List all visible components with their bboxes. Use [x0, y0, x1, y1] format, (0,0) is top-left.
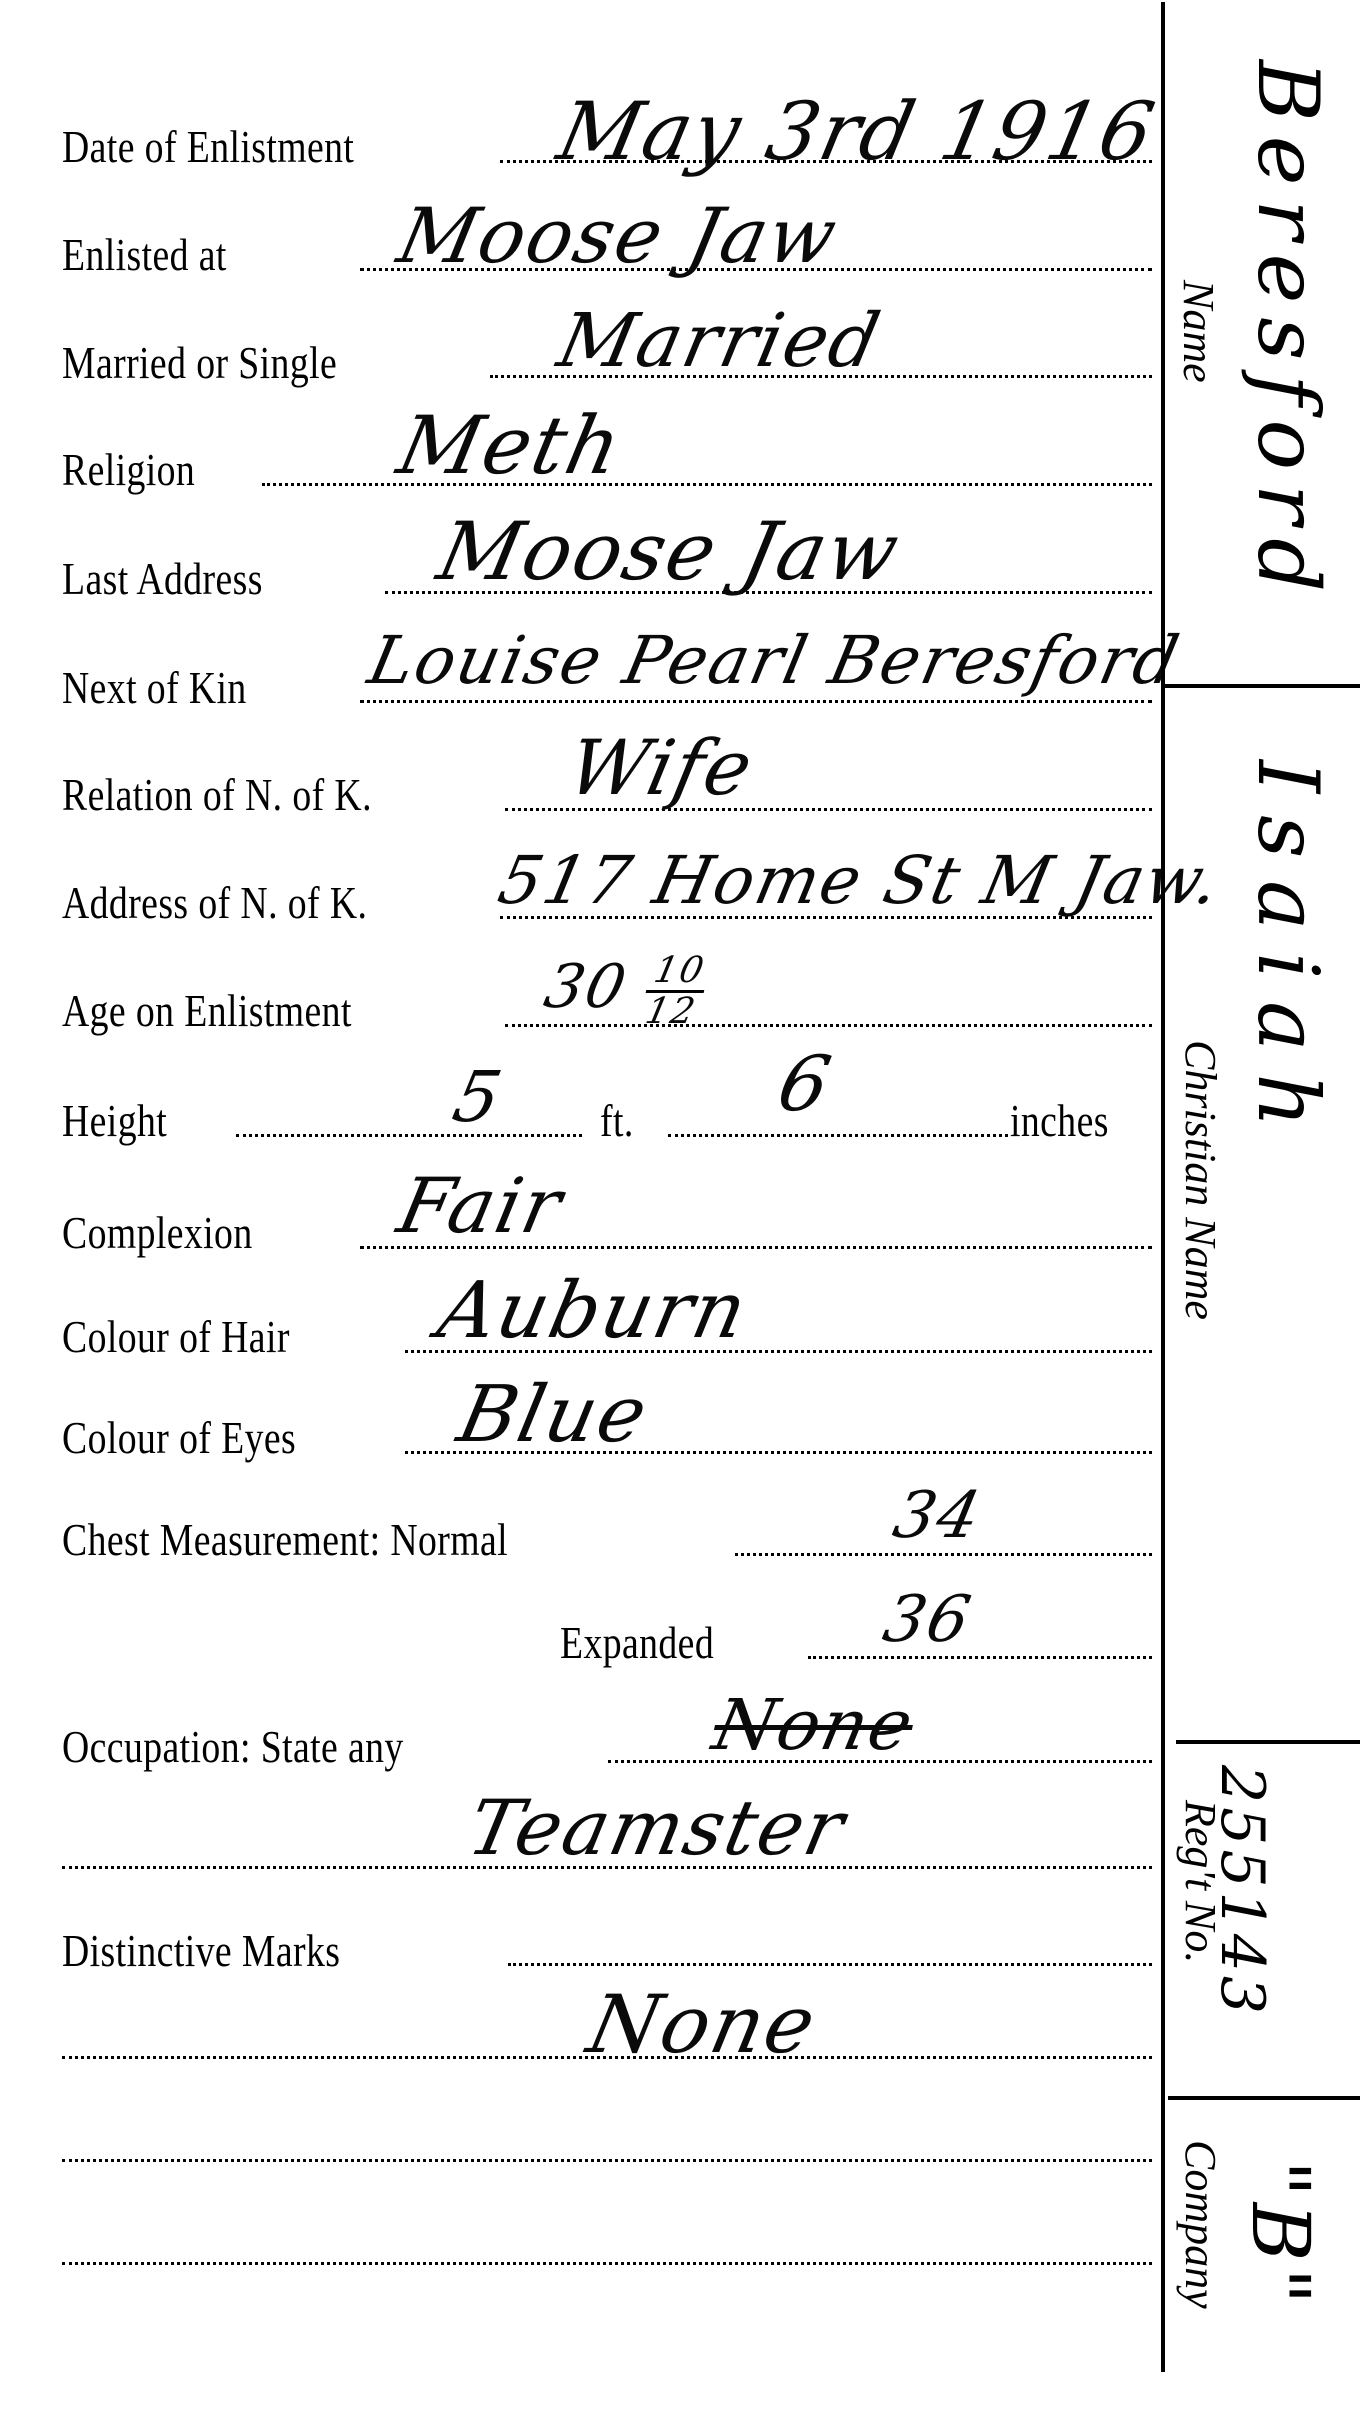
- label-height: Height: [62, 1098, 167, 1144]
- label-address-of-next-of-kin: Address of N. of K.: [62, 880, 367, 926]
- value-colour-of-eyes: Blue: [452, 1376, 655, 1454]
- label-inches: inches: [1010, 1098, 1109, 1144]
- dotted-line: [62, 1866, 1152, 1869]
- age-months-denominator: 12: [638, 993, 704, 1031]
- section-divider: [1168, 2096, 1360, 2100]
- label-occupation: Occupation: State any: [62, 1724, 404, 1770]
- value-complexion: Fair: [392, 1168, 570, 1244]
- value-occupation-struck: None: [708, 1690, 921, 1760]
- label-colour-of-hair: Colour of Hair: [62, 1314, 290, 1360]
- label-next-of-kin: Next of Kin: [62, 665, 247, 711]
- value-age-on-enlistment: 30 10 12: [537, 952, 713, 1031]
- value-enlisted-at: Moose Jaw: [392, 198, 844, 274]
- value-occupation: Teamster: [462, 1790, 852, 1866]
- label-chest-normal: Chest Measurement: Normal: [62, 1517, 508, 1563]
- value-relation-of-next-of-kin: Wife: [562, 730, 760, 806]
- label-feet: ft.: [600, 1098, 634, 1144]
- label-enlisted-at: Enlisted at: [62, 232, 227, 278]
- value-height-feet: 5: [448, 1062, 509, 1132]
- dotted-line: [62, 2159, 1152, 2162]
- column-divider: [1161, 2, 1165, 2372]
- value-date-of-enlistment: May 3rd 1916: [551, 92, 1162, 172]
- section-divider: [1176, 1740, 1360, 1744]
- value-next-of-kin: Louise Pearl Beresford: [363, 628, 1186, 694]
- value-height-inches: 6: [772, 1046, 839, 1122]
- dotted-line: [236, 1134, 582, 1137]
- dotted-line: [735, 1553, 1152, 1556]
- value-address-of-next-of-kin: 517 Home St M Jaw.: [493, 848, 1227, 914]
- value-last-address: Moose Jaw: [431, 512, 906, 592]
- label-name: Name: [1176, 280, 1220, 383]
- label-colour-of-eyes: Colour of Eyes: [62, 1415, 296, 1461]
- value-married-or-single: Married: [552, 304, 887, 378]
- age-months-numerator: 10: [646, 952, 712, 993]
- label-chest-expanded: Expanded: [560, 1620, 714, 1666]
- age-years: 30: [539, 952, 634, 1022]
- value-distinctive-marks: None: [581, 1985, 823, 2065]
- age-months-fraction: 10 12: [638, 952, 713, 1031]
- label-christian-name: Christian Name: [1178, 1040, 1222, 1320]
- value-company: "B": [1240, 2160, 1320, 2310]
- value-chest-expanded: 36: [878, 1588, 977, 1652]
- label-last-address: Last Address: [62, 556, 263, 602]
- label-age-on-enlistment: Age on Enlistment: [62, 988, 352, 1034]
- dotted-line: [360, 700, 1152, 703]
- label-date-of-enlistment: Date of Enlistment: [62, 124, 354, 170]
- dotted-line: [508, 1963, 1152, 1966]
- value-chest-normal: 34: [888, 1484, 987, 1548]
- label-company: Company: [1178, 2140, 1222, 2309]
- dotted-line: [62, 2056, 1152, 2059]
- section-divider: [1163, 684, 1360, 688]
- value-colour-of-hair: Auburn: [432, 1272, 755, 1350]
- dotted-line: [62, 2262, 1152, 2265]
- label-married-or-single: Married or Single: [62, 340, 337, 386]
- value-religion: Meth: [391, 406, 629, 486]
- value-regt-no: 255143: [1212, 1765, 1272, 2018]
- value-name: Beresford: [1246, 60, 1330, 606]
- label-relation-of-next-of-kin: Relation of N. of K.: [62, 772, 372, 818]
- label-complexion: Complexion: [62, 1210, 253, 1256]
- dotted-line: [808, 1656, 1152, 1659]
- label-religion: Religion: [62, 447, 195, 493]
- label-distinctive-marks: Distinctive Marks: [62, 1928, 340, 1974]
- value-christian-name: Isaiah: [1246, 760, 1330, 1149]
- dotted-line: [668, 1134, 1008, 1137]
